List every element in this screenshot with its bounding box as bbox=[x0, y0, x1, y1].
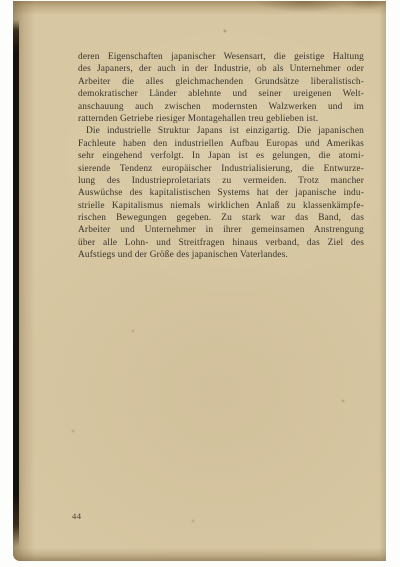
text-line: anschauung auch zwischen modernsten Walz… bbox=[78, 101, 364, 113]
page-bottom-edge-shading bbox=[13, 548, 386, 561]
text-line: ratternden Getriebe riesiger Montagehall… bbox=[78, 113, 364, 125]
text-line: Arbeiter die alles gleichmachenden Grund… bbox=[78, 76, 364, 88]
page-top-corner-shadow bbox=[13, 1, 386, 27]
scan-background: deren Eigenschaften japanischer Wesensar… bbox=[0, 0, 400, 567]
text-line: Fachleute haben den industriellen Aufbau… bbox=[78, 138, 364, 150]
book-page: deren Eigenschaften japanischer Wesensar… bbox=[13, 1, 386, 561]
book-gutter-shadow bbox=[13, 20, 19, 547]
text-line: sierende Tendenz europäischer Industrial… bbox=[78, 163, 364, 175]
text-line: des Japaners, der auch in der Industrie,… bbox=[78, 63, 364, 75]
text-line: strielle Kapitalismus niemals wirklichen… bbox=[78, 200, 364, 212]
text-line: Auswüchse des kapitalistischen Systems h… bbox=[78, 187, 364, 199]
text-line: rischen Bewegungen gegeben. Zu stark war… bbox=[78, 212, 364, 224]
text-line: deren Eigenschaften japanischer Wesensar… bbox=[78, 51, 364, 63]
text-line: Aufstiegs und der Größe des japanischen … bbox=[78, 249, 364, 261]
text-line: über alle Lohn- und Streitfragen hinaus … bbox=[78, 237, 364, 249]
text-line: Arbeiter und Unternehmer in ihrer gemein… bbox=[78, 224, 364, 236]
page-number: 44 bbox=[72, 511, 82, 521]
text-line: demokratischer Länder ablehnte und seine… bbox=[78, 88, 364, 100]
body-text: deren Eigenschaften japanischer Wesensar… bbox=[78, 51, 364, 262]
page-right-edge-shading bbox=[379, 1, 386, 561]
text-line: Die industrielle Struktur Japans ist ein… bbox=[78, 125, 364, 137]
text-line: lung des Industrieproletariats zu vermei… bbox=[78, 175, 364, 187]
text-line: sehr eingehend verfolgt. In Japan ist es… bbox=[78, 150, 364, 162]
